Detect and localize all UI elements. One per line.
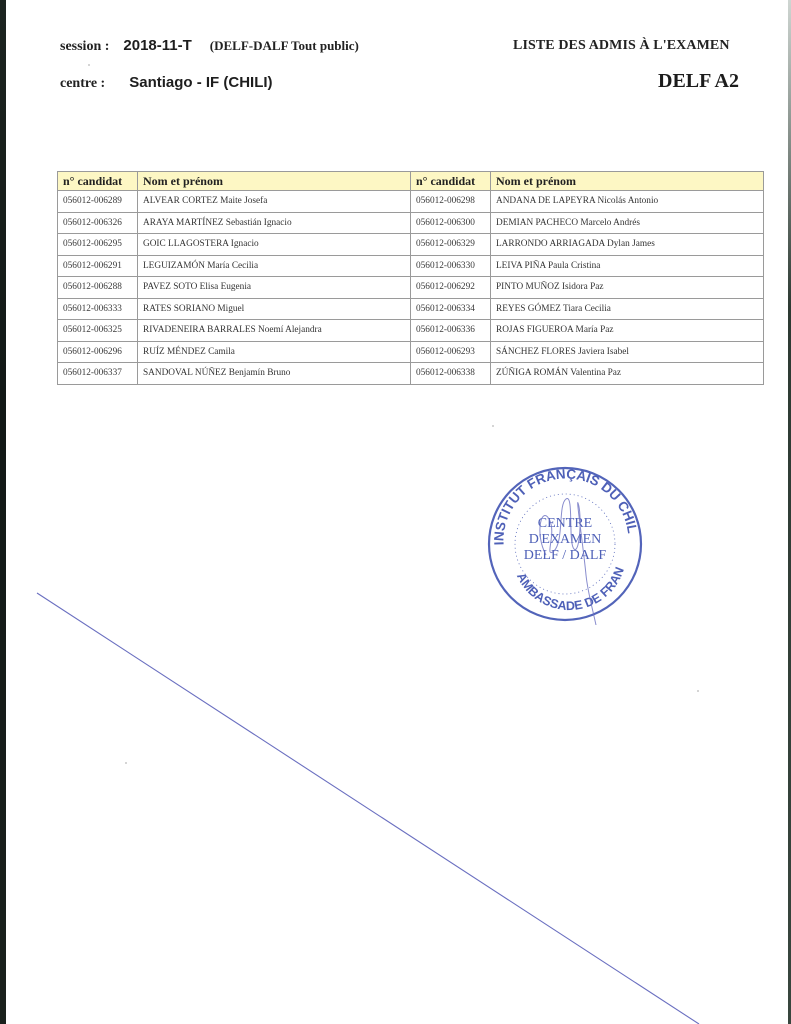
candidate-name-cell: ANDANA DE LAPEYRA Nicolás Antonio: [491, 191, 764, 213]
stamp-center-line-1: CENTRE: [538, 516, 592, 531]
candidate-number-cell: 056012-006298: [411, 191, 491, 213]
session-value: 2018-11-T: [123, 37, 191, 54]
table-row: 056012-006296RUÍZ MÉNDEZ Camila056012-00…: [58, 341, 764, 363]
centre-value: Santiago - IF (CHILI): [129, 74, 272, 91]
table-header-row: n° candidat Nom et prénom n° candidat No…: [58, 172, 764, 191]
column-header-name: Nom et prénom: [138, 172, 411, 191]
table-row: 056012-006295GOIC LLAGOSTERA Ignacio0560…: [58, 234, 764, 256]
candidate-name-cell: PAVEZ SOTO Elisa Eugenia: [138, 277, 411, 299]
candidate-name-cell: ZÚÑIGA ROMÁN Valentina Paz: [491, 363, 764, 385]
candidate-number-cell: 056012-006330: [411, 255, 491, 277]
candidate-name-cell: RIVADENEIRA BARRALES Noemí Alejandra: [138, 320, 411, 342]
candidate-number-cell: 056012-006337: [58, 363, 138, 385]
table-row: 056012-006288PAVEZ SOTO Elisa Eugenia056…: [58, 277, 764, 299]
candidate-number-cell: 056012-006296: [58, 341, 138, 363]
scan-speck: [697, 690, 699, 692]
candidate-number-cell: 056012-006333: [58, 298, 138, 320]
table-row: 056012-006291LEGUIZAMÓN María Cecilia056…: [58, 255, 764, 277]
institute-stamp: INSTITUT FRANÇAIS DU CHILI AMBASSADE DE …: [484, 463, 646, 625]
candidate-name-cell: ROJAS FIGUEROA María Paz: [491, 320, 764, 342]
diagonal-stroke: [37, 593, 699, 1024]
candidate-name-cell: LARRONDO ARRIAGADA Dylan James: [491, 234, 764, 256]
centre-line: centre : Santiago - IF (CHILI): [60, 74, 273, 92]
candidate-number-cell: 056012-006295: [58, 234, 138, 256]
column-header-candidate-number: n° candidat: [58, 172, 138, 191]
candidate-name-cell: RUÍZ MÉNDEZ Camila: [138, 341, 411, 363]
list-title: LISTE DES ADMIS À L'EXAMEN: [513, 38, 730, 54]
scan-speck: [125, 762, 127, 764]
candidate-number-cell: 056012-006291: [58, 255, 138, 277]
candidate-number-cell: 056012-006336: [411, 320, 491, 342]
scan-speck: [88, 64, 90, 66]
candidate-number-cell: 056012-006292: [411, 277, 491, 299]
candidate-name-cell: ALVEAR CORTEZ Maite Josefa: [138, 191, 411, 213]
candidate-name-cell: LEIVA PIÑA Paula Cristina: [491, 255, 764, 277]
candidate-number-cell: 056012-006289: [58, 191, 138, 213]
session-note: (DELF-DALF Tout public): [210, 38, 359, 53]
candidate-number-cell: 056012-006334: [411, 298, 491, 320]
stamp-center-line-3: DELF / DALF: [524, 548, 607, 563]
table-row: 056012-006326ARAYA MARTÍNEZ Sebastián Ig…: [58, 212, 764, 234]
candidate-name-cell: ARAYA MARTÍNEZ Sebastián Ignacio: [138, 212, 411, 234]
candidate-number-cell: 056012-006326: [58, 212, 138, 234]
centre-label: centre :: [60, 76, 105, 91]
candidate-number-cell: 056012-006325: [58, 320, 138, 342]
candidate-number-cell: 056012-006338: [411, 363, 491, 385]
column-header-candidate-number: n° candidat: [411, 172, 491, 191]
scan-speck: [492, 425, 494, 427]
exam-level: DELF A2: [658, 70, 739, 93]
candidate-number-cell: 056012-006288: [58, 277, 138, 299]
session-line: session : 2018-11-T (DELF-DALF Tout publ…: [60, 37, 359, 55]
candidate-name-cell: SANDOVAL NÚÑEZ Benjamín Bruno: [138, 363, 411, 385]
candidate-name-cell: SÁNCHEZ FLORES Javiera Isabel: [491, 341, 764, 363]
candidate-name-cell: REYES GÓMEZ Tiara Cecilia: [491, 298, 764, 320]
table-row: 056012-006337SANDOVAL NÚÑEZ Benjamín Bru…: [58, 363, 764, 385]
candidate-name-cell: PINTO MUÑOZ Isidora Paz: [491, 277, 764, 299]
cancel-diagonal-line: [0, 0, 791, 1024]
candidate-number-cell: 056012-006300: [411, 212, 491, 234]
admitted-candidates-table: n° candidat Nom et prénom n° candidat No…: [57, 171, 764, 385]
candidate-number-cell: 056012-006329: [411, 234, 491, 256]
candidate-name-cell: LEGUIZAMÓN María Cecilia: [138, 255, 411, 277]
candidate-name-cell: DEMIAN PACHECO Marcelo Andrés: [491, 212, 764, 234]
candidate-name-cell: RATES SORIANO Miguel: [138, 298, 411, 320]
candidate-number-cell: 056012-006293: [411, 341, 491, 363]
table-row: 056012-006325RIVADENEIRA BARRALES Noemí …: [58, 320, 764, 342]
scan-edge-left: [0, 0, 6, 1024]
candidate-name-cell: GOIC LLAGOSTERA Ignacio: [138, 234, 411, 256]
table-row: 056012-006289ALVEAR CORTEZ Maite Josefa0…: [58, 191, 764, 213]
table-row: 056012-006333RATES SORIANO Miguel056012-…: [58, 298, 764, 320]
session-label: session :: [60, 39, 109, 54]
column-header-name: Nom et prénom: [491, 172, 764, 191]
